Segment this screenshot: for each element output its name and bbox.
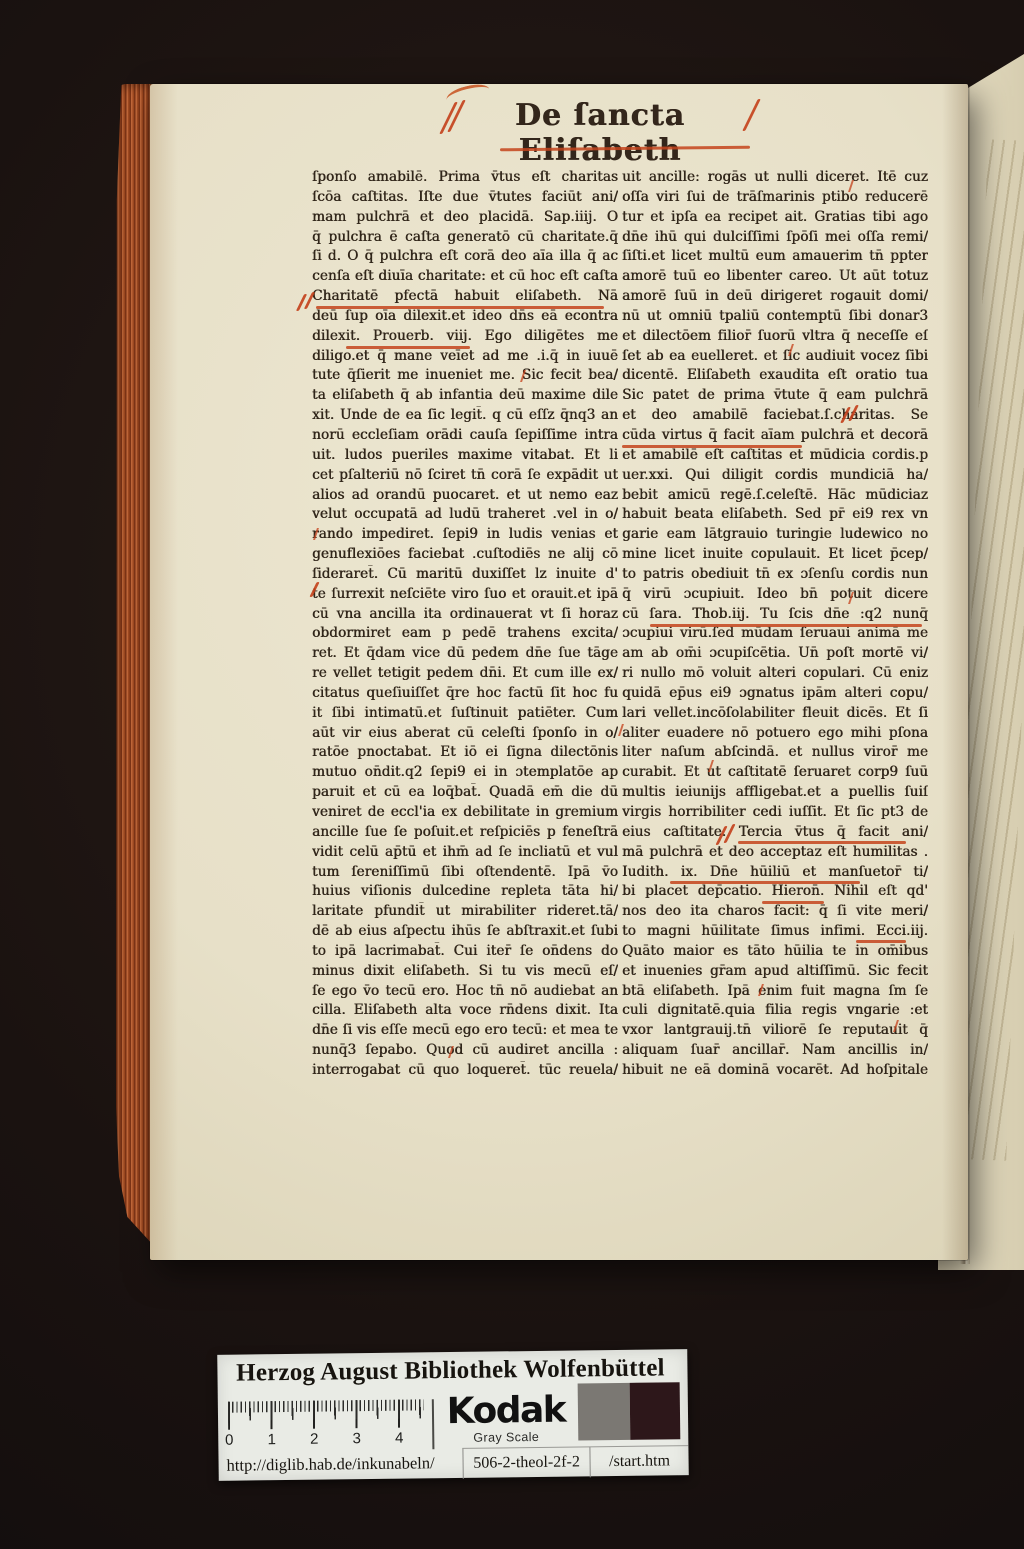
text-line: habuit beata eliſabeth. Sed pr̄ ei9 rex …: [622, 505, 928, 525]
text-line: deū ſup oīa dilexit.et ideo dn̄s eā econ…: [312, 307, 618, 327]
text-line: veniret de eccl'ia ex debilitate in grem…: [312, 803, 618, 823]
text-line: tum ſereniſſimū ſibi oſtendentē. Ipā v̄o: [312, 863, 618, 883]
text-line: re vellet tetigit pedem dn̄i. Et cum ill…: [312, 664, 618, 684]
text-line: to magni hūilitate ſimus infimi. Ecci.ii…: [622, 922, 928, 942]
text-line: virgis horribiliter cedi iuſſit. Et ſic …: [622, 803, 928, 823]
text-line: multis ieiunijs affligebat.et a puellis …: [622, 783, 928, 803]
text-line: xit. Unde de ea ſic legit̄. q cū eſſz q̄…: [312, 406, 618, 426]
text-line: nos deo ita charos facit: q̄ ſi vite mer…: [622, 902, 928, 922]
text-line: to patris obediuit tn̄ ex ɔſenſu cordis …: [622, 565, 928, 585]
text-line: ſe ego v̄o tecū ero. Hoc tn̄ nō audiebat…: [312, 982, 618, 1002]
running-title: De ſancta Eliſabeth: [435, 98, 765, 144]
text-line: to ipā lacrimabat̄. Cui iter̄ ſe on̄dens…: [312, 942, 618, 962]
text-line: lari vellet.incōſolabiliter fleuit dicēs…: [622, 704, 928, 724]
ruler-number: 0: [223, 1432, 235, 1449]
text-line: vidit celū ap̄tū et ihm̄ ad ſe incliatū …: [312, 843, 618, 863]
text-line: genuflexiōes faciebat .cuſtodiēs ne alij…: [312, 545, 618, 565]
gray-patch: [578, 1383, 631, 1441]
text-line: amorē ſuū in deū dirigeret rogauit domi/: [622, 287, 928, 307]
text-line: et dilectōem filior̄ ſuorū vltra q̄ nece…: [622, 327, 928, 347]
text-line: ſet ab ea euelleret. et ſic audiuit voce…: [622, 347, 928, 367]
text-line: am ab om̄i ɔcupiſcētia. Un̄ poſt mortē v…: [622, 644, 928, 664]
label-bottom-row: http://diglib.hab.de/inkunabeln/ 506-2-t…: [218, 1445, 688, 1481]
dark-patch: [630, 1382, 681, 1440]
text-line: velut occupatā ad ludū traheret .vel in …: [312, 505, 618, 525]
text-line: minus dixit eliſabeth. Si tu vis mecū eſ…: [312, 962, 618, 982]
text-line: hibuit ne eā dominā vocarēt. Ad hoſpital…: [622, 1061, 928, 1081]
text-line: tute q̄ſierit me inueniet me. Sic fecit …: [312, 366, 618, 386]
text-line: uit. ludos pueriles maxime vitabat. Et l…: [312, 446, 618, 466]
ruler-number: 2: [308, 1431, 320, 1448]
text-line: liter naſum abſcindā. et nullus viror̄ m…: [622, 743, 928, 763]
text-line: dn̄e ſi vis eſſe mecū ego ero tecū: et m…: [312, 1021, 618, 1041]
text-line: ancille ſue ſe poſuit.et reſpiciēs p fen…: [312, 823, 618, 843]
rubric-underline: [738, 841, 906, 844]
text-line: quidā ep̄us ei9 ɔgnatus ipām alteri copu…: [622, 684, 928, 704]
text-line: huius viſionis dulcedine repleta tāta hi…: [312, 882, 618, 902]
text-line: bebit amicū regē.ſ.celeſtē. Hāc mūdiciaz: [622, 486, 928, 506]
text-line: mā pulchrā et deo acceptaz eſt humilitas…: [622, 843, 928, 863]
text-line: ɔcupiui virū.ſed mūdam ſeruaui animā me: [622, 624, 928, 644]
text-line: q̄ pulchra ē caſta generatō cū charitate…: [312, 228, 618, 248]
text-line: mine licet inuite copulauit. Et licet p̄…: [622, 545, 928, 565]
text-line: cilla. Eliſabeth alta voce rn̄dens dixit…: [312, 1001, 618, 1021]
text-line: ret. Et q̄dam vice dū pedem dn̄e ſue tāg…: [312, 644, 618, 664]
text-line: ſcōa caſtitas. Iſte due v̄tutes faciūt a…: [312, 188, 618, 208]
text-line: ri nullo mō voluit alteri copulari. Cū e…: [622, 664, 928, 684]
text-line: garie eam lātgrauio turingie ludewico no: [622, 525, 928, 545]
rubric-underline: [316, 306, 604, 309]
text-line: bi placet dep̄catio. Hieron̄. Nihil eſt …: [622, 882, 928, 902]
ruler-ticks: [228, 1399, 424, 1429]
text-line: dilexit. Prouerb. viij. Ego diligētes me: [312, 327, 618, 347]
text-line: vxor lantgrauij.tn̄ viliorē ſe reputauit…: [622, 1021, 928, 1041]
text-line: eius caſtitate. Tercia v̄tus q̄ facit an…: [622, 823, 928, 843]
digitization-url: http://diglib.hab.de/inkunabeln/: [218, 1453, 462, 1476]
text-line: nū ut omniū tpaliū contemptū ſibi donar3: [622, 307, 928, 327]
text-line: dn̄e ihū qui dulciſſimi ſpōſi mei oſſa r…: [622, 228, 928, 248]
text-line: diligo.et q̄ mane veīet ad me .i.q̄ in i…: [312, 347, 618, 367]
text-line: q̄ virū ɔcupiuit. Ideo bn̄ potuit dicere: [622, 585, 928, 605]
rubric-underline: [346, 346, 470, 349]
text-line: cū ſara. Thob.iij. Tu ſcis dn̄e :q2 nunq…: [622, 605, 928, 625]
shelfmark: 506-2-theol-2f-2: [462, 1446, 589, 1479]
text-line: cūda virtus q̄ facit aīam pulchrā et dec…: [622, 426, 928, 446]
text-line: norū eccleſiam orādi cauſa ſepiſſime int…: [312, 426, 618, 446]
rubric-underline: [650, 624, 922, 627]
ruler-numbers: 01234: [223, 1430, 405, 1449]
text-line: ſiſti.et licet multū eum amauerim tn̄ pp…: [622, 247, 928, 267]
text-line: laritate pfundit̄ ut mirabiliter rideret…: [312, 902, 618, 922]
text-line: obdormiret eam p pedē trahens excita/: [312, 624, 618, 644]
ruler-number: 1: [266, 1431, 278, 1448]
text-line: aliter euadere nō potuero ego mihi pſona: [622, 724, 928, 744]
text-line: oſſa viri ſui de trāſmarinis ptibo reduc…: [622, 188, 928, 208]
start-file: /start.htm: [589, 1445, 688, 1477]
text-line: uer.xxi. Qui diligit cordis mundiciā ha/: [622, 466, 928, 486]
text-line: te ſurrexit neſciēte viro ſuo et orauit.…: [312, 585, 618, 605]
text-line: cū vna ancilla ita ordinauerat vt ſi hor…: [312, 605, 618, 625]
ruler-number: 4: [393, 1430, 405, 1447]
text-line: et inuenies gr̄am apud altiſſimū. Sic fe…: [622, 962, 928, 982]
text-line: tur et ipſa ea recipet ait. Gratias tibi…: [622, 208, 928, 228]
text-line: nunq̄3 ſepabo. Quod cū audiret ancilla :: [312, 1041, 618, 1061]
text-line: it ſibi intimatū.et ſuſtinuit patiēter. …: [312, 704, 618, 724]
text-line: ſideraret̄. Cū maritū duxiſſet lz inuite…: [312, 565, 618, 585]
text-line: et deo amabilē faciebat.ſ.charitas. Se: [622, 406, 928, 426]
kodak-logo: Kodak: [430, 1392, 582, 1430]
text-line: uit ancille: rogās ut nulli diceret. Itē…: [622, 168, 928, 188]
text-line: cenſa eſt diuīa charitate: et cū hoc eſt…: [312, 267, 618, 287]
text-line: mutuo on̄dit.q2 ſepi9 ei in ɔtemplatōe a…: [312, 763, 618, 783]
text-line: et amabilē eſt caſtitas et mūdicia cordi…: [622, 446, 928, 466]
text-line: alios ad orandū puocaret. et ut nemo eaz: [312, 486, 618, 506]
text-line: ratōe pnoctabat. Et iō ei ſigna dilectōn…: [312, 743, 618, 763]
text-line: curabit. Et ut caſtitatē ſeruaret corp9 …: [622, 763, 928, 783]
text-line: ſi d. O q̄ pulchra eſt corā deo aīa illa…: [312, 247, 618, 267]
text-line: dē ab eius aſpectu ihūs ſe abſtraxit.et …: [312, 922, 618, 942]
text-line: ta eliſabeth q̄ ab infantia deū maxime d…: [312, 386, 618, 406]
text-line: mam pulchrā et deo placidā. Sap.iiij. O: [312, 208, 618, 228]
text-line: aliquam ſuar̄ ancillar̄. Nam ancillis in…: [622, 1041, 928, 1061]
kodak-gray-scale: Kodak Gray Scale: [430, 1392, 583, 1445]
photo-stage: De ſancta Eliſabeth ſponſo amabilē. Prim…: [0, 0, 1024, 1549]
book-fore-edge: [116, 84, 154, 1246]
text-line: dicentē. Eliſabeth exaudita eſt oratio t…: [622, 366, 928, 386]
text-line: citatus queſiuiſſet q̄re hoc factū ſit h…: [312, 684, 618, 704]
text-line: ſponſo amabilē. Prima v̄tus eſt charitas: [312, 168, 618, 188]
text-line: btā eliſabeth. Ipā enim fuit magna ſm ſe: [622, 982, 928, 1002]
text-line: aūt vir eius aberat cū celeſti ſponſo in…: [312, 724, 618, 744]
cm-ruler: 01234: [228, 1399, 435, 1452]
text-line: cet pſalteriū nō ſciret tn̄ corā ſe expā…: [312, 466, 618, 486]
rubric-underline: [762, 901, 824, 904]
color-target-label: Herzog August Bibliothek Wolfenbüttel 01…: [217, 1349, 689, 1481]
text-line: Sic patet de prima v̄tute q̄ eam pulchrā: [622, 386, 928, 406]
book-page: De ſancta Eliſabeth ſponſo amabilē. Prim…: [150, 84, 968, 1260]
ruler-number: 3: [351, 1430, 363, 1447]
text-line: interrogabat cū quo loqueret̄. tūc reuel…: [312, 1061, 618, 1081]
rubric-underline: [856, 940, 906, 943]
text-line: Quāto maior es tāto hūilia te in om̄ibus: [622, 942, 928, 962]
text-line: culi dignitatē.quia filia regis vngarie …: [622, 1001, 928, 1021]
text-line: rando impediret. ſepi9 in ludis venias e…: [312, 525, 618, 545]
text-line: amorē tuū eo libenter careo. Ut aūt totu…: [622, 267, 928, 287]
rubric-underline: [670, 881, 860, 884]
rubric-underline: [622, 445, 802, 448]
text-line: paruit et cū ea loq̄bat̄. Quadā em̄ die …: [312, 783, 618, 803]
text-line: Iudith. ix. Dn̄e hūiliū et manſuetor̄ ti…: [622, 863, 928, 883]
text-line: Charitatē pfectā habuit eliſabeth. Nā: [312, 287, 618, 307]
